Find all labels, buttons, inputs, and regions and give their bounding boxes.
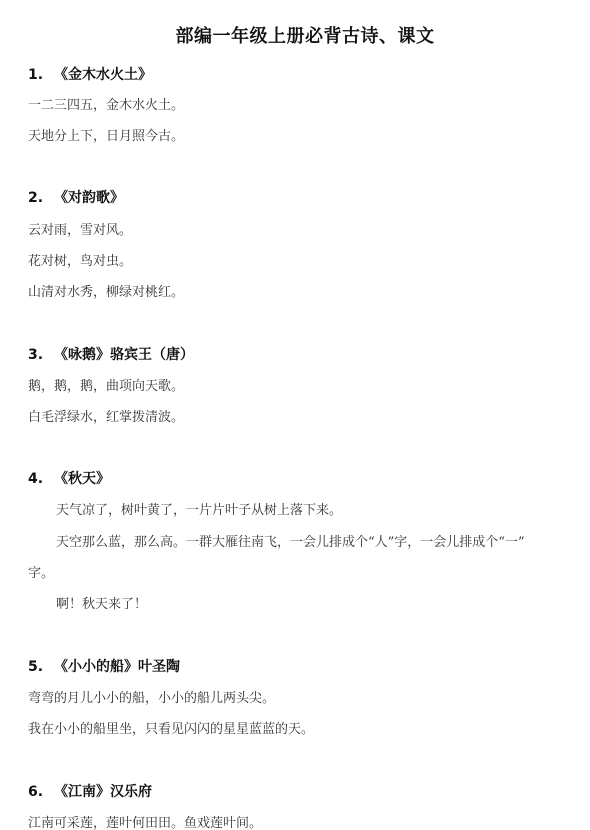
section-heading-1: 1.《金木水火土》 bbox=[28, 64, 152, 84]
section-heading-4: 4.《秋天》 bbox=[28, 468, 110, 488]
document-title: 部编一年级上册必背古诗、课文 bbox=[0, 22, 590, 48]
text-line: 天气凉了，树叶黄了，一片片叶子从树上落下来。 bbox=[56, 499, 342, 518]
section-heading-3: 3.《咏鹅》骆宾王（唐） bbox=[28, 344, 194, 364]
text-line: 字。 bbox=[28, 562, 54, 581]
text-line: 天地分上下，日月照今古。 bbox=[28, 125, 184, 144]
text-line: 天空那么蓝，那么高。一群大雁往南飞，一会儿排成个“人”字，一会儿排成个“一” bbox=[56, 531, 525, 550]
section-heading-2: 2.《对韵歌》 bbox=[28, 187, 124, 207]
section-number: 5. bbox=[28, 659, 54, 675]
text-line: 一二三四五，金木水火土。 bbox=[28, 94, 184, 113]
text-line: 云对雨，雪对风。 bbox=[28, 219, 132, 238]
section-title: 《小小的船》叶圣陶 bbox=[54, 659, 180, 675]
text-line: 鹅，鹅，鹅，曲项向天歌。 bbox=[28, 375, 184, 394]
text-line: 弯弯的月儿小小的船，小小的船儿两头尖。 bbox=[28, 687, 275, 706]
section-number: 1. bbox=[28, 67, 54, 83]
text-line: 啊！秋天来了！ bbox=[56, 593, 147, 612]
section-title: 《对韵歌》 bbox=[54, 190, 124, 206]
section-title: 《江南》汉乐府 bbox=[54, 784, 152, 800]
section-title: 《秋天》 bbox=[54, 471, 110, 487]
text-line: 我在小小的船里坐，只看见闪闪的星星蓝蓝的天。 bbox=[28, 718, 314, 737]
text-line: 山清对水秀，柳绿对桃红。 bbox=[28, 281, 184, 300]
section-number: 3. bbox=[28, 347, 54, 363]
section-title: 《咏鹅》骆宾王（唐） bbox=[54, 347, 194, 363]
section-heading-6: 6.《江南》汉乐府 bbox=[28, 781, 152, 801]
text-line: 白毛浮绿水，红掌拨清波。 bbox=[28, 406, 184, 425]
section-heading-5: 5.《小小的船》叶圣陶 bbox=[28, 656, 180, 676]
text-line: 花对树，鸟对虫。 bbox=[28, 250, 132, 269]
section-number: 4. bbox=[28, 471, 54, 487]
section-title: 《金木水火土》 bbox=[54, 67, 152, 83]
section-number: 6. bbox=[28, 784, 54, 800]
section-number: 2. bbox=[28, 190, 54, 206]
text-line: 江南可采莲，莲叶何田田。鱼戏莲叶间。 bbox=[28, 812, 262, 830]
